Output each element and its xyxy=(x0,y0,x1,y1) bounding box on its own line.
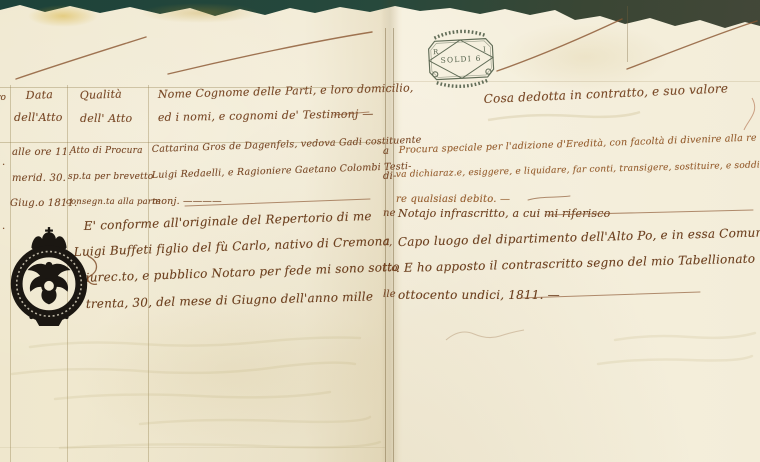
manuscript-register-scan: ro . . Data dell'Atto Qualità dell' Atto… xyxy=(0,0,760,462)
right-certification-line1: Notajo infrascritto, a cui mi riferisco xyxy=(398,208,610,219)
gutter-fragment: ne xyxy=(383,209,396,219)
header-date-col-line1: Data xyxy=(26,89,54,101)
header-names-col-line2: ed i nomi, e cognomi de' Testimonj — xyxy=(158,108,374,123)
margin-fragment: . xyxy=(2,158,5,168)
gutter-fragment: a, xyxy=(383,238,393,248)
margin-fragment: . xyxy=(2,222,5,232)
entry-quality-line3: consegn.ta alla parte xyxy=(66,198,161,207)
gutter-fragment: di- xyxy=(383,172,397,182)
entry-names-line3: monj. ———— xyxy=(152,197,222,207)
gutter-fragment: a xyxy=(383,147,389,157)
header-quality-col-line1: Qualità xyxy=(80,89,122,101)
entry-date-line2: merid. 30. xyxy=(12,174,66,184)
entry-date-line1: alle ore 11. xyxy=(12,148,72,158)
page-fold-shadow xyxy=(381,0,399,462)
margin-fragment: ro xyxy=(0,94,6,103)
entry-quality-line2: sp.ta per brevetto xyxy=(68,173,153,182)
header-quality-col-line2: dell' Atto xyxy=(80,113,132,124)
header-date-col-line2: dell'Atto xyxy=(14,112,63,123)
entry-quality-line1: Atto di Procura xyxy=(70,147,143,156)
right-certification-line4: ottocento undici, 1811. — xyxy=(398,289,560,301)
gutter-fragment: lle xyxy=(383,290,396,300)
right-entry-line3: re qualsiasi debito. — xyxy=(396,195,510,205)
gutter-fragment: tto xyxy=(383,264,398,274)
